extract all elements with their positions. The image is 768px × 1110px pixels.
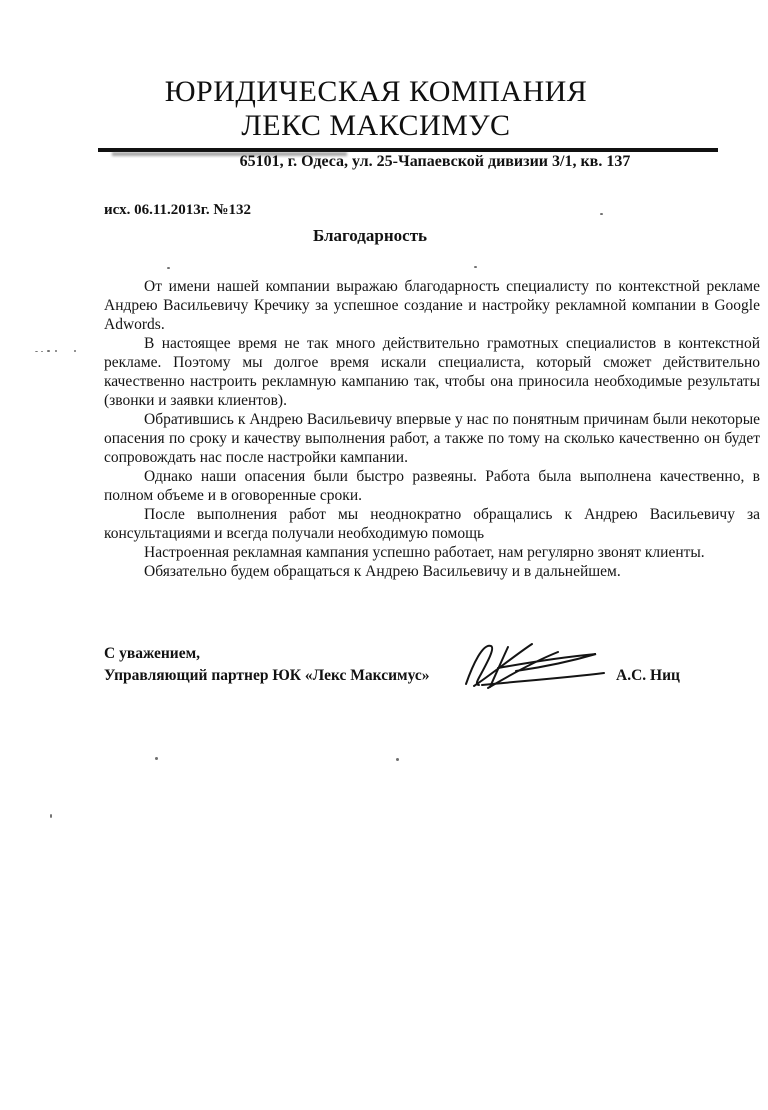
letter-body: От имени нашей компании выражаю благодар… [104,277,760,581]
scan-speckle [155,757,158,760]
scan-speckle [41,351,43,352]
paragraph: Обязательно будем обращаться к Андрею Ва… [104,562,760,581]
scan-speckle [74,350,76,352]
scan-speckle [47,350,50,352]
handwritten-signature-icon [452,634,614,692]
scanned-letter-page: ЮРИДИЧЕСКАЯ КОМПАНИЯ ЛЕКС МАКСИМУС 65101… [0,0,768,1110]
signatory-name: А.С. Ниц [616,667,680,685]
company-name-line1: ЮРИДИЧЕСКАЯ КОМПАНИЯ [0,76,752,108]
paragraph: От имени нашей компании выражаю благодар… [104,277,760,334]
outgoing-ref-line: исх. 06.11.2013г. №132 [104,202,251,219]
paragraph: Однако наши опасения были быстро развеян… [104,467,760,505]
company-name-line2: ЛЕКС МАКСИМУС [0,110,752,142]
paragraph: В настоящее время не так много действите… [104,334,760,410]
signatory-title: Управляющий партнер ЮК «Лекс Максимус» [104,667,429,685]
scan-speckle [474,266,477,268]
paragraph: Настроенная рекламная кампания успешно р… [104,543,760,562]
paragraph: Обратившись к Андрею Васильевичу впервые… [104,410,760,467]
paragraph: После выполнения работ мы неоднократно о… [104,505,760,543]
scan-speckle [50,814,52,818]
scan-speckle [55,350,57,352]
scan-speckle [600,213,603,215]
company-address: 65101, г. Одеса, ул. 25-Чапаевской дивиз… [102,153,768,171]
document-title: Благодарность [0,226,740,246]
scan-speckle [396,758,399,761]
scan-speckle [167,267,170,269]
signature-closing: С уважением, [104,645,200,663]
scan-speckle [35,351,38,352]
